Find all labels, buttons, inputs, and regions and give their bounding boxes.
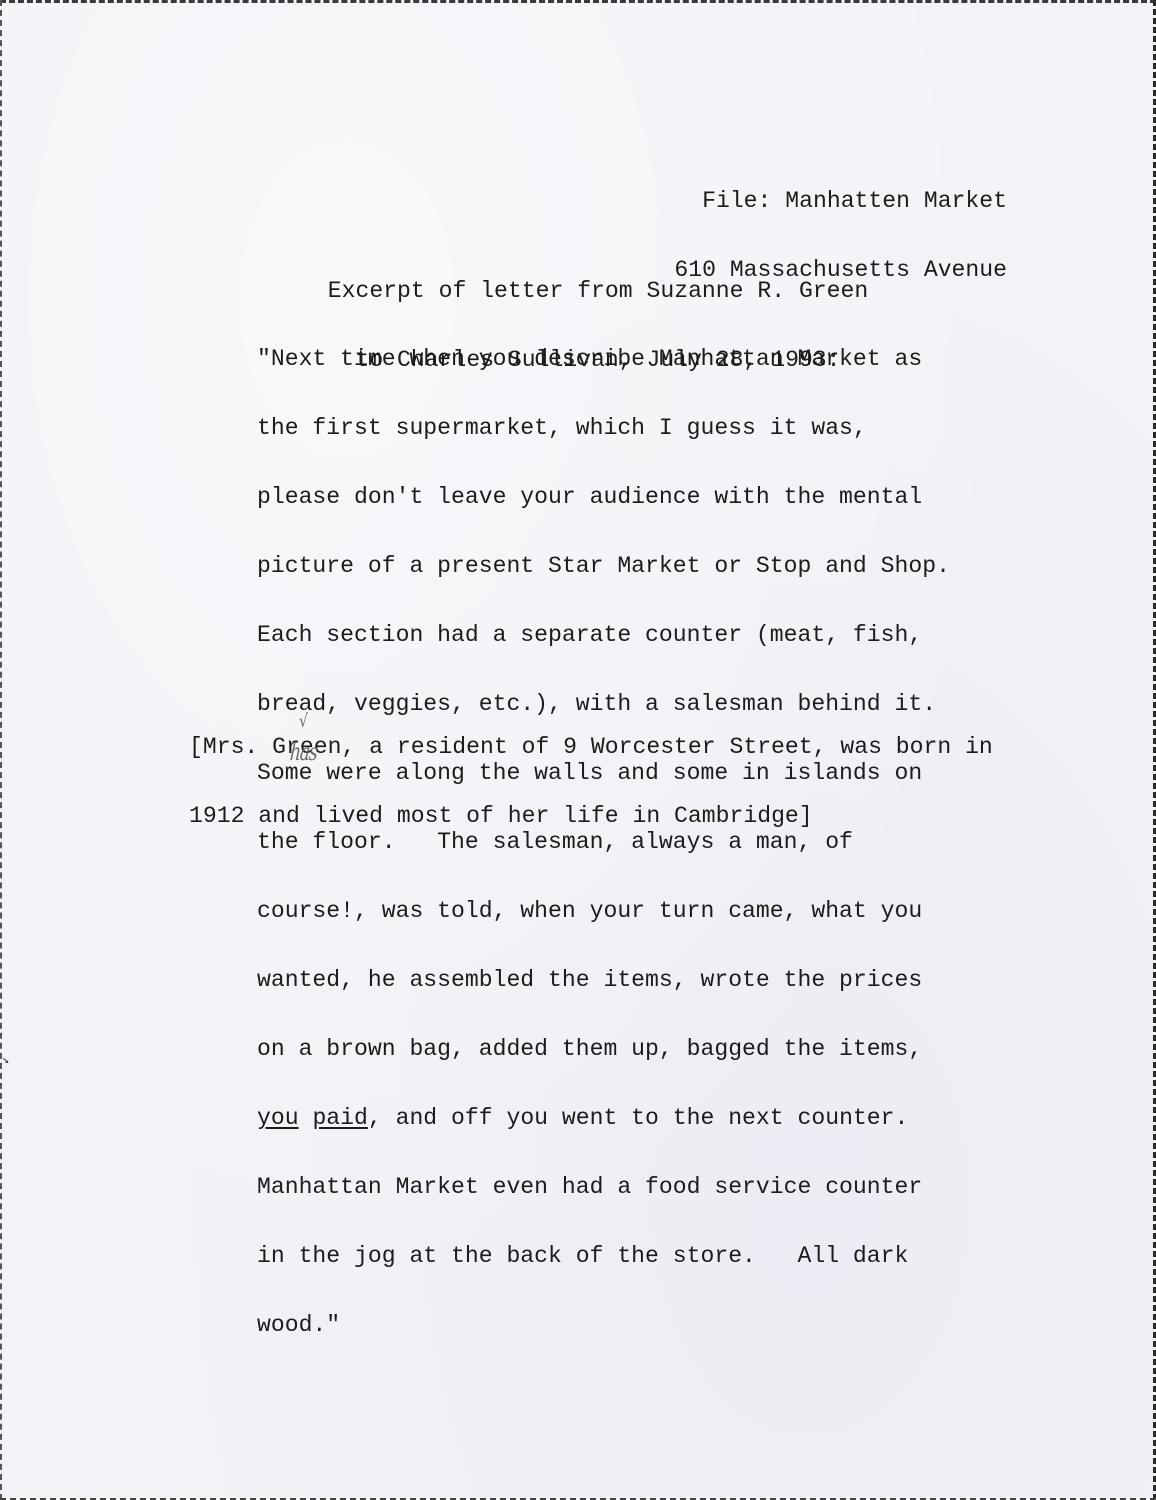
- document-page: ↘ File: Manhatten Market 610 Massachuset…: [0, 0, 1156, 1500]
- quote-line: on a brown bag, added them up, bagged th…: [257, 1038, 950, 1061]
- margin-mark: ↘: [2, 1052, 9, 1067]
- editorial-note: [Mrs. Green, a resident of 9 Worcester S…: [189, 690, 993, 874]
- page-top-edge: [0, 0, 1156, 3]
- note-line-2-after: lived most of her life in Cambridge]: [300, 803, 813, 829]
- underlined-you: you: [257, 1105, 299, 1131]
- quote-line: the first supermarket, which I guess it …: [257, 417, 950, 440]
- quote-line: "Next time when you describe Manhattan M…: [257, 348, 950, 371]
- quote-line: in the jog at the back of the store. All…: [257, 1245, 950, 1268]
- note-line-2: 1912 and lived most of her life in Cambr…: [189, 805, 993, 828]
- quote-line: please don't leave your audience with th…: [257, 486, 950, 509]
- handwritten-caret-icon: √: [299, 712, 308, 733]
- quote-line: Each section had a separate counter (mea…: [257, 624, 950, 647]
- quote-line: wood.": [257, 1314, 950, 1337]
- page-left-edge: [0, 0, 2, 1500]
- quote-line: wanted, he assembled the items, wrote th…: [257, 969, 950, 992]
- quote-line-rest: , and off you went to the next counter.: [368, 1105, 908, 1131]
- file-header-name: File: Manhatten Market: [674, 190, 1007, 213]
- quote-line: picture of a present Star Market or Stop…: [257, 555, 950, 578]
- note-line-2-before: 1912 and: [189, 803, 300, 829]
- handwritten-insertion: has: [289, 739, 318, 767]
- quote-line: course!, was told, when your turn came, …: [257, 900, 950, 923]
- quote-line: Manhattan Market even had a food service…: [257, 1176, 950, 1199]
- excerpt-title-line-1: Excerpt of letter from Suzanne R. Green: [0, 280, 1156, 303]
- quote-line-underlined: you paid, and off you went to the next c…: [257, 1107, 950, 1130]
- space: [299, 1105, 313, 1131]
- underlined-paid: paid: [312, 1105, 367, 1131]
